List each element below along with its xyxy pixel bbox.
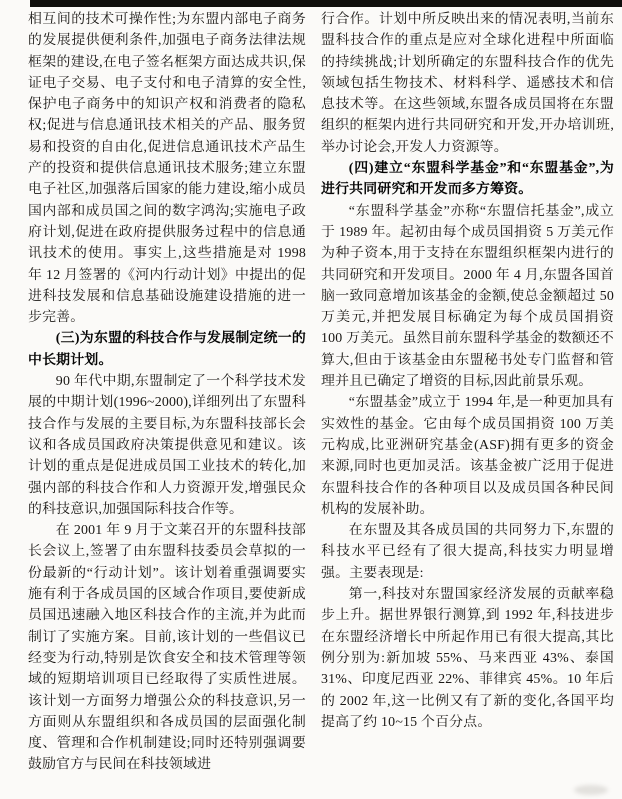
scan-smudge-artifact	[574, 785, 608, 795]
section-heading-four: (四)建立“东盟科学基金”和“东盟基金”,为进行共同研究和开发而多方筹资。	[321, 158, 614, 201]
paragraph: “东盟科学基金”亦称“东盟信托基金”,成立于 1989 年。起初由每个成员国捐资…	[321, 201, 614, 393]
right-column: 行合作。计划中所反映出来的情况表明,当前东盟科技合作的重点是应对全球化进程中所面…	[321, 9, 614, 733]
paragraph-continuation: 行合作。计划中所反映出来的情况表明,当前东盟科技合作的重点是应对全球化进程中所面…	[321, 9, 614, 158]
scanned-book-page: 相互间的技术可操作性;为东盟内部电子商务的发展提供便利条件,加强电子商务法律法规…	[0, 0, 622, 799]
paragraph-continuation: 相互间的技术可操作性;为东盟内部电子商务的发展提供便利条件,加强电子商务法律法规…	[28, 9, 306, 328]
paragraph: 在东盟及其各成员国的共同努力下,东盟的科技水平已经有了很大提高,科技实力明显增强…	[321, 520, 614, 584]
left-column: 相互间的技术可操作性;为东盟内部电子商务的发展提供便利条件,加强电子商务法律法规…	[28, 9, 306, 776]
scan-edge-artifact	[30, 0, 622, 7]
section-heading-three: (三)为东盟的科技合作与发展制定统一的中长期计划。	[28, 328, 306, 371]
paragraph: 90 年代中期,东盟制定了一个科学技术发展的中期计划(1996~2000),详细…	[28, 371, 306, 520]
paragraph: 在 2001 年 9 月于文莱召开的东盟科技部长会议上,签署了由东盟科技委员会草…	[28, 520, 306, 776]
paragraph: 第一,科技对东盟国家经济发展的贡献率稳步上升。据世界银行测算,到 1992 年,…	[321, 584, 614, 733]
paragraph: “东盟基金”成立于 1994 年,是一种更加具有实效性的基金。它由每个成员国捐资…	[321, 392, 614, 520]
